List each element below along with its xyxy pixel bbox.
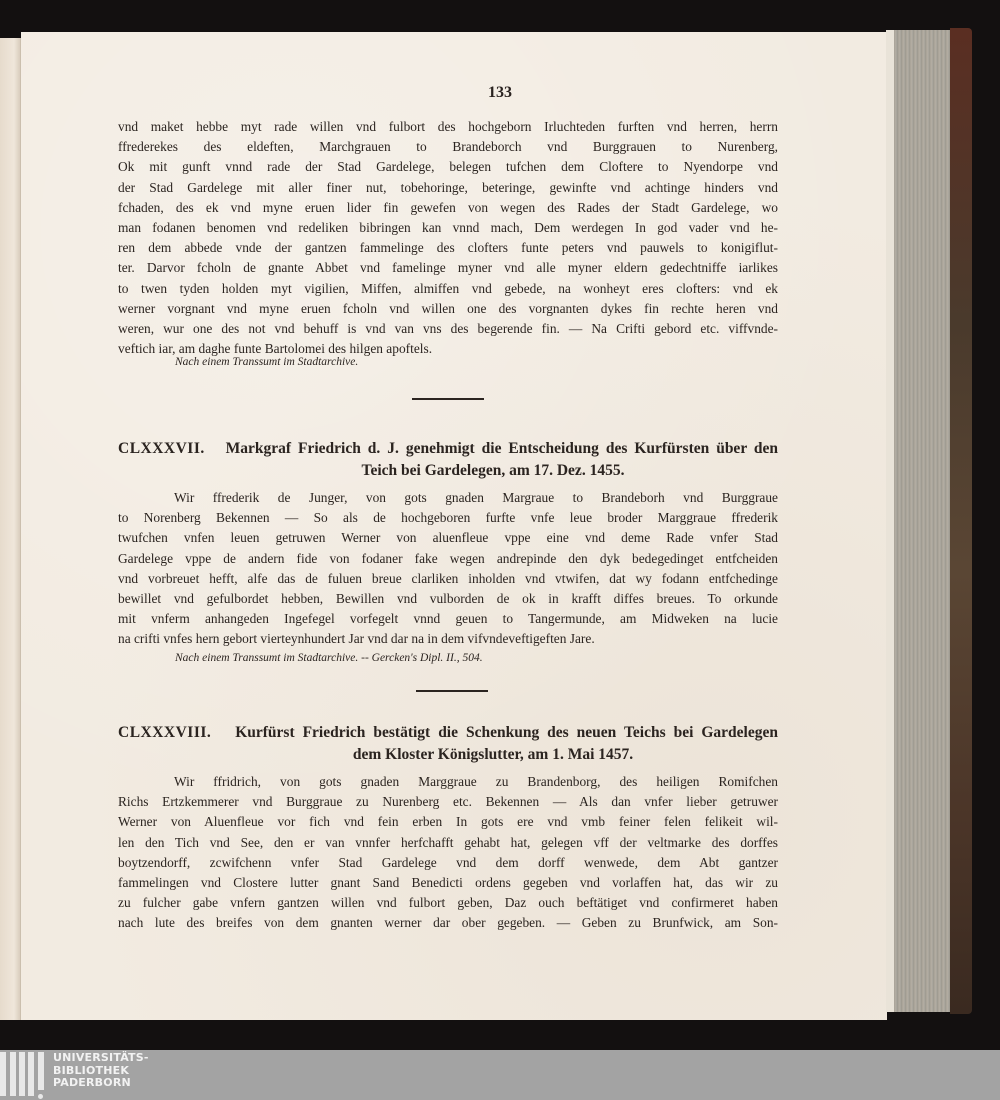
page-block-edge <box>886 30 952 1012</box>
text-line: weren, wur one des not vnd behuff is vnd… <box>118 319 778 339</box>
text-line: Richs Ertzkemmerer vnd Burggraue zu Nure… <box>118 792 778 812</box>
document-187-text: Wir ffrederik de Junger, von gots gnaden… <box>118 488 778 650</box>
text-line: man fodanen benomen vnd redeliken bibrin… <box>118 218 778 238</box>
text-line: Gardelege vppe de andern fide von fodane… <box>118 549 778 569</box>
text-line: nach lute des breifes von dem gnanten we… <box>118 913 778 933</box>
text-line: ffrederekes des eldeften, Marchgrauen to… <box>118 137 778 157</box>
text-line: Ok mit gunft vnnd rade der Stad Gardeleg… <box>118 157 778 177</box>
text-line: zu fulcher gabe vnfern gantzen willen vn… <box>118 893 778 913</box>
text-line: fammelingen vnd Clostere lutter gnant Sa… <box>118 873 778 893</box>
text-line: der Stad Gardelege mit aller finer nut, … <box>118 178 778 198</box>
text-line: boytzendorff, zcwifchenn vnfer Stad Gard… <box>118 853 778 873</box>
page-block-edge-highlight <box>886 30 894 1012</box>
left-page-edge <box>0 38 21 1020</box>
section-divider <box>416 690 488 692</box>
page-number: 133 <box>0 84 1000 102</box>
document-number: CLXXXVIII. <box>118 724 211 741</box>
text-line: twufchen vnfen leuen getruwen Werner von… <box>118 528 778 548</box>
source-note: Nach einem Transsumt im Stadtarchive. <box>175 356 358 368</box>
document-heading-188: CLXXXVIII. Kurfürst Friedrich bestätigt … <box>118 722 778 766</box>
library-logo-text: UNIVERSITÄTS- BIBLIOTHEK PADERBORN <box>53 1052 149 1090</box>
text-line: vnd maket hebbe myt rade willen vnd fulb… <box>118 117 778 137</box>
text-line: fchaden, des ek vnd myne eruen lider fin… <box>118 198 778 218</box>
library-footer: UNIVERSITÄTS- BIBLIOTHEK PADERBORN <box>0 1050 1000 1100</box>
text-line: Werner von Aluenfleue vor fich vnd fein … <box>118 812 778 832</box>
text-line: bewillet vnd gefulbordet hebben, Bewille… <box>118 589 778 609</box>
document-heading-187: CLXXXVII. Markgraf Friedrich d. J. geneh… <box>118 438 778 482</box>
source-note: Nach einem Transsumt im Stadtarchive. --… <box>175 652 483 664</box>
book-scan: 133 vnd maket hebbe myt rade willen vnd … <box>0 0 1000 1050</box>
text-line: to Norenberg Bekennen — So als de hochge… <box>118 508 778 528</box>
document-title: Markgraf Friedrich d. J. genehmigt die E… <box>226 440 778 457</box>
library-logo-icon <box>0 1050 48 1100</box>
text-line: to twen tyden holden myt vigilien, Miffe… <box>118 279 778 299</box>
section-divider <box>412 398 484 400</box>
text-line: len den Tich vnd See, den er van vnnfer … <box>118 833 778 853</box>
text-line: Wir ffrederik de Junger, von gots gnaden… <box>118 488 778 508</box>
previous-document-text: vnd maket hebbe myt rade willen vnd fulb… <box>118 117 778 359</box>
document-title: Kurfürst Friedrich bestätigt die Schenku… <box>235 724 778 741</box>
document-title-cont: Teich bei Gardelegen, am 17. Dez. 1455. <box>118 460 778 482</box>
document-number: CLXXXVII. <box>118 440 205 457</box>
document-title-cont: dem Kloster Königslutter, am 1. Mai 1457… <box>118 744 778 766</box>
text-line: vnd vorbreuet hefft, alfe das de fuluen … <box>118 569 778 589</box>
text-line: na crifti vnfes hern gebort vierteynhund… <box>118 629 778 649</box>
document-188-text: Wir ffridrich, von gots gnaden Marggraue… <box>118 772 778 934</box>
text-line: Wir ffridrich, von gots gnaden Marggraue… <box>118 772 778 792</box>
text-line: ter. Darvor fcholn de gnante Abbet vnd f… <box>118 258 778 278</box>
text-line: mit vnferm anhangeden Ingefegel vorfegel… <box>118 609 778 629</box>
text-line: ren dem abbede vnde der gantzen fammelin… <box>118 238 778 258</box>
text-line: werner vorgnant vnd myne eruen fcholn vn… <box>118 299 778 319</box>
book-cover <box>950 28 972 1014</box>
